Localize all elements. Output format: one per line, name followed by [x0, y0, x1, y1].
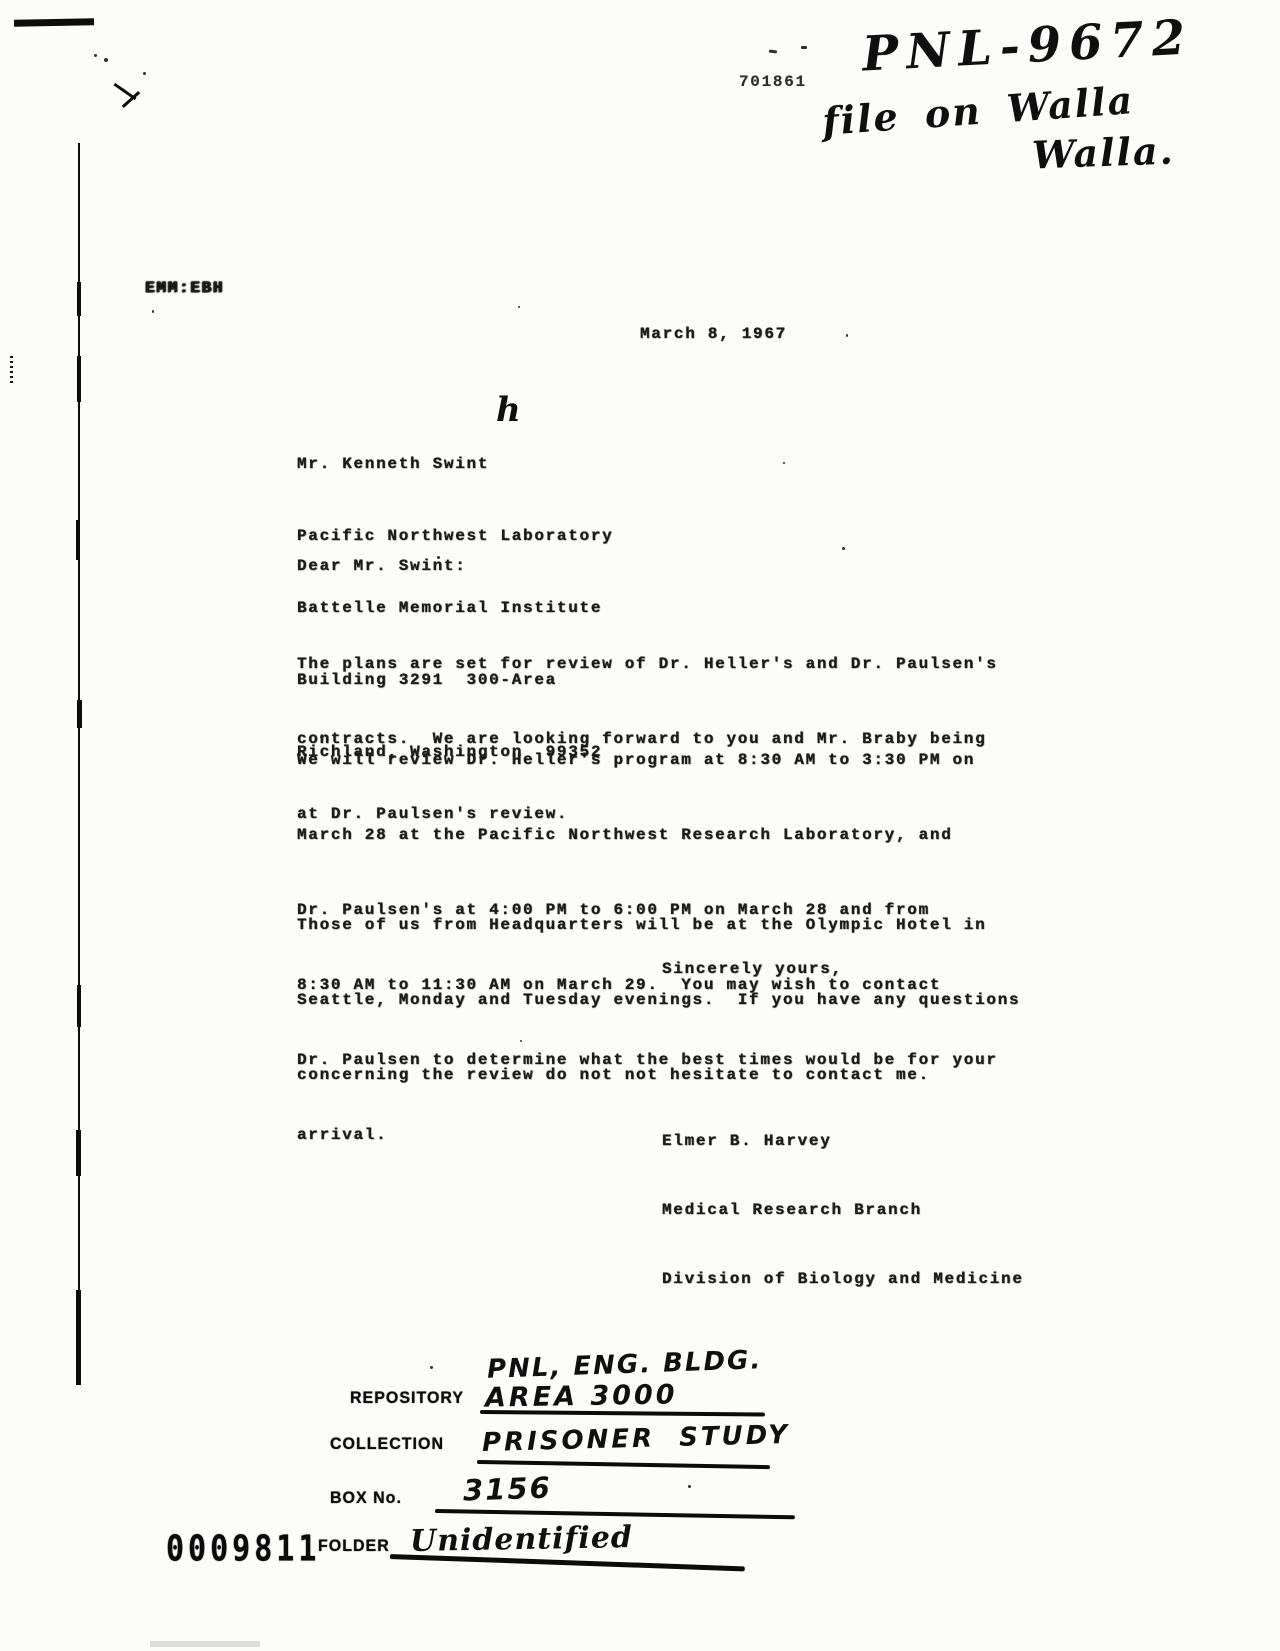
scanned-letter-page: 701861 PNL-9672 file on Walla Walla. EMM…	[0, 0, 1280, 1651]
body-line: We will review Dr. Heller's program at 8…	[297, 748, 998, 773]
scan-artifact-vertical-line-segment	[77, 282, 81, 316]
salutation: Dear Mr. Swint:	[297, 554, 467, 579]
collection-label: COLLECTION	[330, 1436, 444, 1455]
scan-artifact-vertical-line-segment	[77, 985, 81, 1027]
scan-artifact-vertical-line-segment	[76, 1290, 81, 1385]
signature-title-1: Medical Research Branch	[662, 1199, 1024, 1222]
scan-artifact-vertical-line	[78, 143, 80, 1383]
scan-speck	[842, 547, 845, 550]
repository-label: REPOSITORY	[350, 1390, 464, 1409]
scan-artifact-vertical-line-segment	[76, 1130, 81, 1176]
body-line: Seattle, Monday and Tuesday evenings. If…	[297, 988, 1020, 1013]
scan-artifact-top-bar	[14, 18, 94, 26]
repository-value-line1: PNL, ENG. BLDG.	[487, 1345, 763, 1385]
scan-speck	[846, 334, 848, 337]
handwritten-filing-note-line2: Walla.	[1031, 128, 1175, 178]
scan-speck	[688, 1485, 691, 1488]
closing: Sincerely yours,	[662, 957, 843, 982]
scan-artifact-dotted-mark	[10, 356, 13, 384]
signature-title-2: Division of Biology and Medicine	[662, 1268, 1024, 1291]
scan-speck	[152, 310, 154, 313]
scan-speck	[518, 306, 520, 308]
body-line: Those of us from Headquarters will be at…	[297, 913, 1020, 938]
folder-field-line	[390, 1554, 745, 1571]
scan-artifact-vertical-line-segment	[77, 700, 82, 728]
handwritten-name-correction: h	[496, 390, 521, 430]
folder-label: FOLDER	[318, 1538, 390, 1557]
box-number-label: BOX No.	[330, 1490, 402, 1509]
scan-speck	[94, 54, 97, 57]
document-stamp-number: 0009811	[166, 1528, 320, 1570]
recipient-org: Pacific Northwest Laboratory	[297, 524, 613, 548]
handwritten-code: PNL-9672	[861, 9, 1195, 82]
collection-field-line	[477, 1460, 770, 1469]
collection-value: PRISONER STUDY	[482, 1420, 791, 1458]
body-line: The plans are set for review of Dr. Hell…	[297, 652, 998, 677]
scan-speck	[430, 1366, 433, 1369]
signature-block: Elmer B. Harvey Medical Research Branch …	[662, 1084, 1024, 1337]
repository-value-line2: AREA 3000	[485, 1379, 678, 1413]
scan-artifact-bottom-smudge	[150, 1641, 260, 1647]
repository-field-line	[480, 1410, 765, 1416]
recipient-name: Mr. Kenneth Swint	[297, 452, 613, 476]
signature-name: Elmer B. Harvey	[662, 1130, 1024, 1153]
scan-speck	[783, 462, 785, 464]
box-number-value: 3156	[462, 1470, 552, 1507]
letter-date: March 8, 1967	[640, 322, 787, 347]
box-number-field-line	[435, 1509, 795, 1519]
typist-reference: EMM:EBH	[145, 276, 224, 301]
scan-artifact-vertical-line-segment	[77, 356, 81, 402]
scan-artifact-vertical-line-segment	[76, 520, 80, 560]
scan-speck	[769, 49, 777, 53]
scan-speck	[801, 46, 807, 49]
folder-value: Unidentified	[410, 1520, 633, 1559]
body-line: March 28 at the Pacific Northwest Resear…	[297, 823, 998, 848]
scan-speck	[143, 72, 146, 75]
scan-speck	[104, 58, 108, 62]
doc-number: 701861	[739, 70, 807, 95]
